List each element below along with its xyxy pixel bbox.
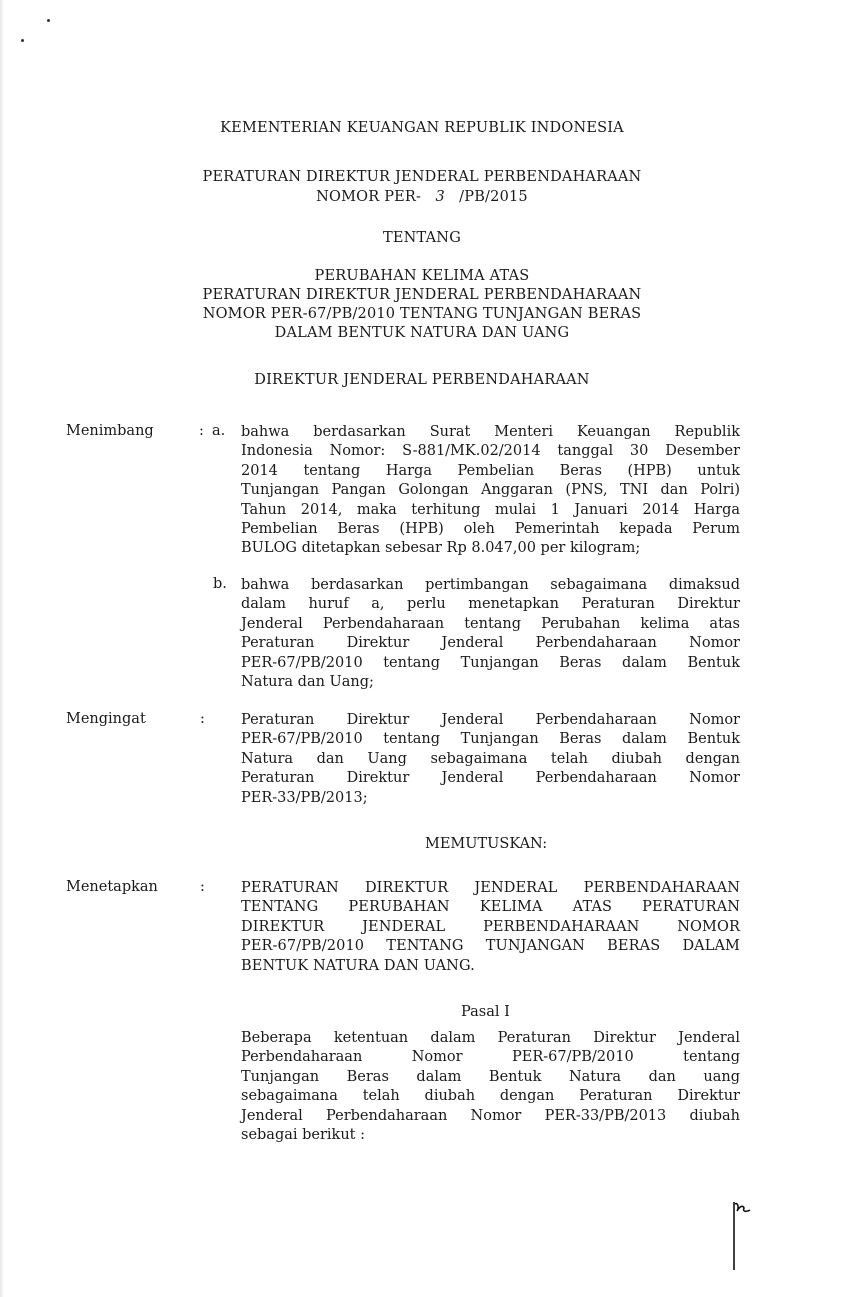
menimbang-item-b: bahwa berdasarkan pertimbangan sebagaima…: [241, 576, 740, 692]
issuer-heading: DIREKTUR JENDERAL PERBENDAHARAAN: [0, 372, 844, 388]
text-line: Peraturan Direktur Jenderal Perbendahara…: [241, 711, 740, 730]
pasal-text: Beberapa ketentuan dalam Peraturan Direk…: [241, 1029, 740, 1145]
ministry-heading: KEMENTERIAN KEUANGAN REPUBLIK INDONESIA: [0, 120, 844, 136]
scan-speck: [21, 39, 24, 42]
text-line: Jenderal Perbendaharaan tentang Perubaha…: [241, 615, 740, 634]
menimbang-item-a: bahwa berdasarkan Surat Menteri Keuangan…: [241, 423, 740, 559]
regulation-number: NOMOR PER-3/PB/2015: [0, 189, 844, 205]
text-line: bahwa berdasarkan pertimbangan sebagaima…: [241, 576, 740, 595]
text-line: Natura dan Uang;: [241, 673, 740, 692]
regulation-type: PERATURAN DIREKTUR JENDERAL PERBENDAHARA…: [0, 169, 844, 185]
text-line: dalam huruf a, perlu menetapkan Peratura…: [241, 595, 740, 614]
text-line: Beberapa ketentuan dalam Peraturan Direk…: [241, 1029, 740, 1048]
mengingat-colon: :: [200, 711, 205, 727]
menimbang-label: Menimbang: [66, 423, 154, 439]
text-line: PER-67/PB/2010 TENTANG TUNJANGAN BERAS D…: [241, 937, 740, 956]
pasal-heading: Pasal I: [461, 1004, 510, 1020]
decision-heading: MEMUTUSKAN:: [425, 836, 547, 852]
item-marker-a: a.: [212, 423, 225, 439]
title-line: DALAM BENTUK NATURA DAN UANG: [0, 325, 844, 341]
text-line: Peraturan Direktur Jenderal Perbendahara…: [241, 634, 740, 653]
menetapkan-text: PERATURAN DIREKTUR JENDERAL PERBENDAHARA…: [241, 879, 740, 976]
text-line: Indonesia Nomor: S-881/MK.02/2014 tangga…: [241, 442, 740, 461]
initials-signature-icon: [730, 1198, 760, 1273]
text-line: Tahun 2014, maka terhitung mulai 1 Janua…: [241, 501, 740, 520]
text-line: sebagaimana telah diubah dengan Peratura…: [241, 1087, 740, 1106]
text-line: TENTANG PERUBAHAN KELIMA ATAS PERATURAN: [241, 898, 740, 917]
text-line: BULOG ditetapkan sebesar Rp 8.047,00 per…: [241, 539, 740, 558]
text-line: Tunjangan Pangan Golongan Anggaran (PNS,…: [241, 481, 740, 500]
text-line: Pembelian Beras (HPB) oleh Pemerintah ke…: [241, 520, 740, 539]
item-marker-b: b.: [213, 576, 227, 592]
menetapkan-label: Menetapkan: [66, 879, 158, 895]
menimbang-colon: :: [199, 423, 204, 439]
text-line: 2014 tentang Harga Pembelian Beras (HPB)…: [241, 462, 740, 481]
about-heading: TENTANG: [0, 230, 844, 246]
text-line: DIREKTUR JENDERAL PERBENDAHARAAN NOMOR: [241, 918, 740, 937]
text-line: Peraturan Direktur Jenderal Perbendahara…: [241, 769, 740, 788]
text-line: PERATURAN DIREKTUR JENDERAL PERBENDAHARA…: [241, 879, 740, 898]
text-line: PER-67/PB/2010 tentang Tunjangan Beras d…: [241, 654, 740, 673]
text-line: Tunjangan Beras dalam Bentuk Natura dan …: [241, 1068, 740, 1087]
text-line: PER-33/PB/2013;: [241, 789, 740, 808]
text-line: bahwa berdasarkan Surat Menteri Keuangan…: [241, 423, 740, 442]
title-line: PERUBAHAN KELIMA ATAS: [0, 268, 844, 284]
text-line: Natura dan Uang sebagaimana telah diubah…: [241, 750, 740, 769]
menetapkan-colon: :: [200, 879, 205, 895]
text-line: sebagai berikut :: [241, 1126, 740, 1145]
number-prefix: NOMOR PER-: [316, 189, 421, 205]
title-line: PERATURAN DIREKTUR JENDERAL PERBENDAHARA…: [0, 287, 844, 303]
number-value: 3: [421, 189, 459, 205]
title-line: NOMOR PER-67/PB/2010 TENTANG TUNJANGAN B…: [0, 306, 844, 322]
number-suffix: /PB/2015: [459, 189, 528, 205]
text-line: Jenderal Perbendaharaan Nomor PER-33/PB/…: [241, 1107, 740, 1126]
text-line: Perbendaharaan Nomor PER-67/PB/2010 tent…: [241, 1048, 740, 1067]
text-line: PER-67/PB/2010 tentang Tunjangan Beras d…: [241, 730, 740, 749]
scan-speck: [47, 19, 50, 22]
mengingat-label: Mengingat: [66, 711, 146, 727]
mengingat-text: Peraturan Direktur Jenderal Perbendahara…: [241, 711, 740, 808]
text-line: BENTUK NATURA DAN UANG.: [241, 957, 740, 976]
